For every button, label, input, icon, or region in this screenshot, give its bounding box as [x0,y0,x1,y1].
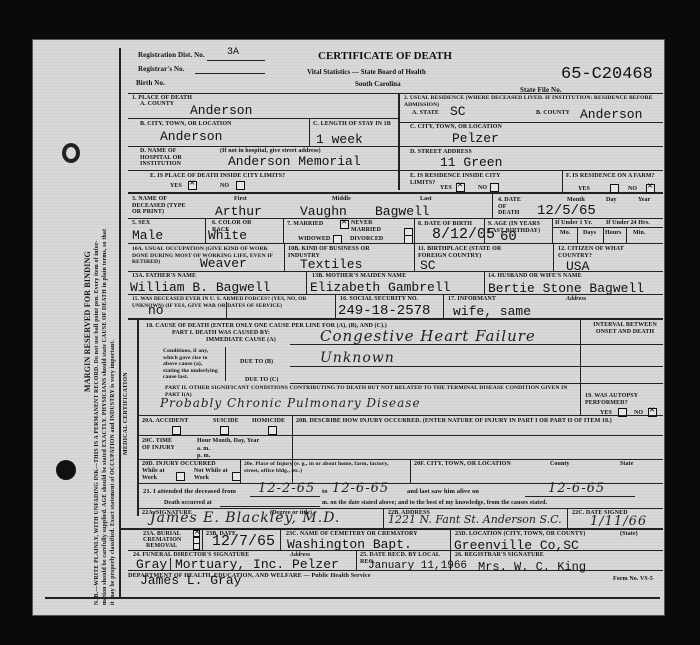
homicide-label: Homicide [252,418,285,425]
rule [128,93,663,94]
birth-no-label: Birth No. [136,80,165,87]
citizen-label: 12. Citizen of what country? [558,246,658,259]
interval-label: Interval between onset and death [590,322,660,335]
rule [45,597,660,599]
rule [139,435,663,436]
res-inside-no-label: No [478,185,487,192]
medical-certification-label: MEDICAL CERTIFICATION [122,372,130,455]
rule [580,320,581,390]
rule [205,218,206,243]
deceased-middle-name: Vaughn [300,204,347,219]
informant-address-label: Address [566,296,586,303]
rule [553,243,554,271]
rule [128,243,663,244]
rule [137,320,139,516]
rule [603,227,604,243]
margin-instructions-3: it may be properly classified. Exact sta… [109,340,117,605]
removal-label: Removal [146,543,177,549]
am-label: a. m. [197,446,210,453]
mother-label: 13b. Mother's Maiden Name [312,273,406,280]
res-inside-city-label: e. Is residence inside city limits? [410,173,520,186]
age-hours-label: Hours [605,230,622,237]
injury-occurred-label: 20d. Injury Occurred [142,461,216,468]
rule [220,506,320,507]
rule [139,415,663,416]
citizen: USA [566,259,589,274]
pod-inside-no-checkbox[interactable] [236,181,245,190]
middle-name-label: Middle [332,196,351,203]
attended-to: 12-6-65 [332,481,389,496]
immediate-cause-label: Immediate Cause (a) [206,337,276,344]
dod-year-label: Year [638,197,650,204]
deceased-name-label: 3. Name of Deceased (Type or print) [132,196,192,216]
rule [207,60,265,61]
accident-checkbox[interactable] [172,426,181,435]
state-file-no: 65-C20468 [561,65,653,84]
divorced-label: Divorced [350,236,383,243]
pod-hospital-label: d. Name of Hospital or Institution [140,148,200,168]
immediate-cause: Congestive Heart Failure [320,327,536,345]
rule [577,227,578,243]
rule [484,218,485,243]
burial-date: 12/7/65 [212,533,275,550]
married-label: 7. Married [287,221,323,228]
pod-city: Anderson [160,129,222,144]
res-inside-yes-label: Yes [440,185,452,192]
form-number: Form No. VS-5 [613,576,653,583]
conditions-label: Conditions, if any, which gave rise to a… [163,348,218,381]
res-state-label: a. State [412,110,439,117]
res-county: Anderson [580,107,642,122]
last-saw-text: and last saw him alive on [407,489,479,496]
registrar-label: 26. Registrar's Signature [455,552,544,559]
armed-forces: no [148,303,164,318]
rule [335,294,336,318]
res-county-label: b. County [536,110,570,117]
not-while-work-label: Not While at Work [194,468,234,481]
rule [280,530,281,550]
informant: wife, same [453,304,531,319]
margin-rule [119,48,121,598]
age-days-label: Days [583,230,596,237]
injury-county-label: County [550,461,570,468]
business: Textiles [300,257,362,272]
father-label: 13a. Father's Name [132,273,196,280]
rule [290,383,663,384]
pod-inside-yes-label: Yes [170,183,182,190]
injury-state-label: State [620,461,634,468]
physician-signature: James E. Blackley, M.D. [150,510,340,526]
rule [226,302,227,318]
pod-stay-label: c. Length of Stay in 1b [313,121,393,128]
margin-instructions-1: N. B.—WRITE PLAINLY, WITH UNFADING INK—T… [93,240,101,605]
rule [202,530,203,550]
funeral-director-name: James L. Gray [140,573,241,588]
pod-city-label: b. City, Town, or Location [140,121,232,128]
pod-inside-no-label: No [220,183,229,190]
rule [128,146,663,147]
place-of-injury-label: 20e. Place of Injury (e. g., in or about… [244,461,399,474]
rule [139,508,663,509]
rule [139,459,663,460]
rule [383,508,384,528]
age: 60 [500,229,517,245]
injury-city-label: 20f. City, Town, or Location [414,461,511,468]
rule [225,347,226,381]
physician-address: 1221 N. Fant St. Anderson S.C. [388,513,562,526]
res-farm-no-label: No [628,186,637,193]
res-farm-yes-label: Yes [578,186,590,193]
informant-label: 17. Informant [448,296,496,303]
age-mo-label: Mo. [560,230,570,237]
rule [562,170,563,193]
mother-maiden-name: Elizabeth Gambrell [310,280,450,295]
social-security-no: 249-18-2578 [338,303,430,319]
res-street: 11 Green [440,155,502,170]
binding-hole-top [62,143,80,163]
res-farm-yes-checkbox[interactable] [610,184,619,193]
rule [240,459,241,483]
rule [410,459,411,483]
date-of-death: 12/5/65 [537,203,596,219]
certificate-title: CERTIFICATE OF DEATH [318,50,452,62]
time-of-injury-cols: Hour Month, Day, Year [197,438,259,445]
rule [128,550,663,551]
burial-state-label: (State) [620,531,638,538]
while-at-work-label: While at Work [142,468,177,481]
color-race: White [208,228,247,243]
rule [290,366,663,367]
divorced-checkbox[interactable] [404,235,413,244]
due-to-b-label: Due to (b) [240,359,273,366]
describe-injury-label: 20b. Describe how injury occurred. (Ente… [296,418,656,425]
date-signed: 1/11/66 [590,514,647,529]
rule [195,73,265,74]
rule [250,496,320,497]
birthplace: SC [420,258,436,273]
pod-inside-city-label: e. Is place of death inside city limits? [150,173,285,180]
part2-conditions: Probably Chronic Pulmonary Disease [160,396,421,410]
occupation: Weaver [200,256,247,271]
rule [306,271,307,294]
pod-county: Anderson [190,103,252,118]
pod-county-label: a. County [140,101,174,108]
rule [283,218,284,243]
pod-inside-yes-checkbox[interactable] [188,181,197,190]
ssn-label: 16. Social Security No. [340,296,418,303]
burial-checkbox[interactable] [193,530,200,537]
pod-stay: 1 week [316,132,363,147]
rule [400,122,663,123]
rule [552,218,553,243]
sex-label: 5. Sex [132,220,150,227]
attended-to-label: to [322,489,328,496]
death-occurred-at-label: Death occurred at [164,500,212,507]
attended-text: 21. I attended the deceased from [143,489,236,496]
last-seen-alive: 12-6-65 [548,481,605,496]
under-24hrs-label: If Under 24 Hrs. [606,220,650,227]
pod-hospital: Anderson Memorial [228,154,361,169]
deceased-last-name: Bagwell [375,204,430,219]
never-married-label: Never Married [351,220,391,233]
registrars-no-label: Registrar's No. [138,66,185,73]
due-to-b: Unknown [320,350,395,366]
rule [309,118,310,146]
rule [443,294,444,318]
removal-checkbox[interactable] [193,543,200,550]
rule [553,227,663,228]
res-state: SC [450,104,466,119]
margin-binding-text: MARGIN RESERVED FOR BINDING [84,251,92,392]
dod-label: 4. Date of Death [498,197,528,217]
date-of-birth: 8/12/05 [432,226,495,243]
age-min-label: Min. [633,230,646,237]
accident-label: 20a. Accident [142,418,188,425]
deceased-first-name: Arthur [215,204,262,219]
while-at-work-checkbox[interactable] [176,472,185,481]
rule [525,496,635,497]
rule [581,344,663,345]
widowed-label: Widowed [298,236,330,243]
rule [128,170,663,171]
certificate-subtitle: Vital Statistics — State Board of Health [307,68,426,76]
rule [170,558,171,570]
time-of-injury-label: 20c. Time of Injury [142,438,182,451]
registration-dist-label: Registration Dist. No. [138,52,205,59]
dod-day-label: Day [606,197,617,204]
age-label: 9. Age (In years last birthday) [488,221,548,234]
rule [626,227,627,243]
res-farm-no-checkbox[interactable] [646,184,655,193]
res-farm-label: f. Is residence on a farm? [566,173,656,180]
knowledge-text: m. on the date stated above; and to the … [322,500,547,507]
due-to-c-label: Due to (c) [245,377,278,384]
rule [580,385,581,415]
res-city-label: c. City, Town, or Location [410,124,502,131]
father-name: William B. Bagwell [130,280,270,295]
widowed-checkbox[interactable] [333,235,342,244]
suicide-label: Suicide [213,418,239,425]
rule [414,243,415,271]
spouse-name: Bertie Stone Bagwell [488,281,644,296]
attended-from: 12-2-65 [258,481,315,496]
res-inside-no-checkbox[interactable] [490,183,499,192]
suicide-checkbox[interactable] [220,426,229,435]
spouse-label: 14. Husband or Wife's Name [488,273,582,280]
rule [484,271,485,294]
first-name-label: First [234,196,247,203]
rule [128,570,663,571]
rule [414,218,415,243]
binding-hole-bottom [56,460,76,480]
res-inside-yes-checkbox[interactable] [456,183,465,192]
under-1yr-label: If Under 1 Yr. [555,220,592,227]
married-checkbox[interactable] [340,220,349,229]
margin-instructions-2: mation should be carefully supplied. AGE… [101,229,109,605]
rule [567,508,568,528]
rule [398,93,400,190]
registration-dist-value: 3A [227,47,239,58]
last-name-label: Last [420,196,432,203]
rule [128,118,398,119]
rule [492,194,493,218]
registrar-signature: Mrs. W. C. King [478,560,586,574]
part1-label: Part I. Death was caused by: [172,330,270,337]
homicide-checkbox[interactable] [268,426,277,435]
res-city: Pelzer [452,131,499,146]
state-name: South Carolina [355,80,401,88]
rule [284,243,285,271]
burial-location-label: 23d. Location (City, town, or county) [455,531,586,538]
sex: Male [132,228,163,243]
rule [356,550,357,570]
